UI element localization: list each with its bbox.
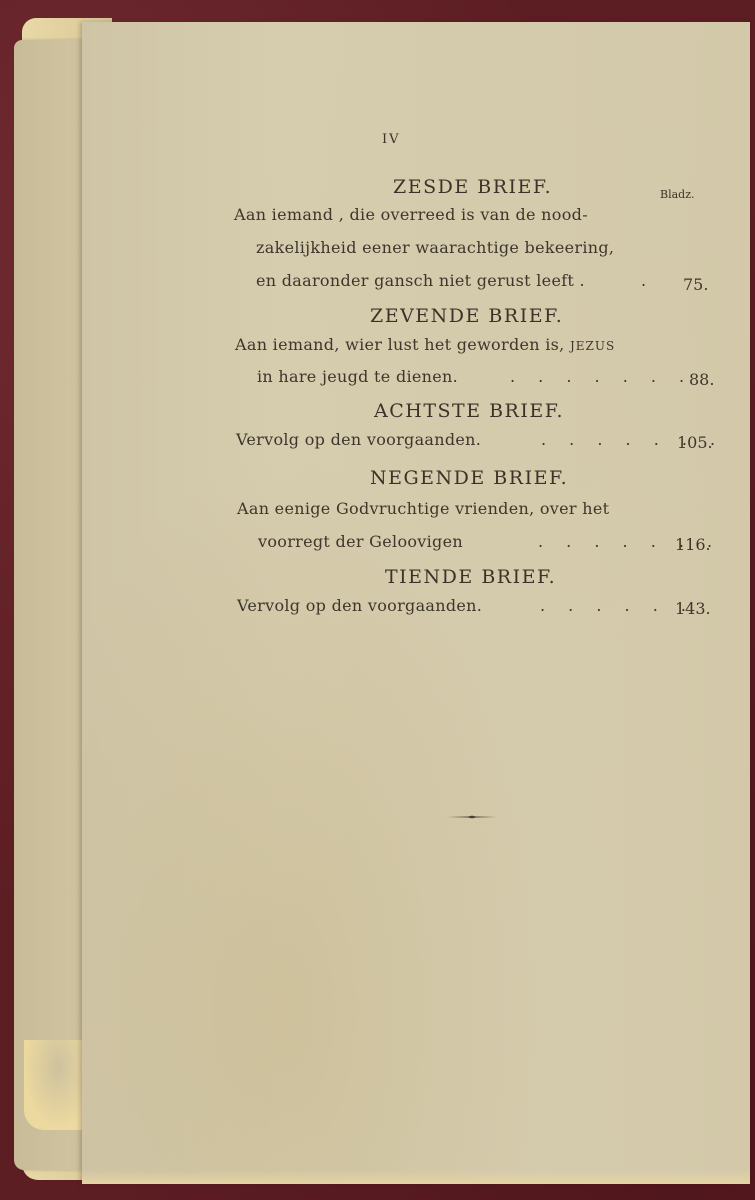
entry-7-line-1: Aan iemand, wier lust het geworden is, J… [235, 335, 615, 354]
column-label-bladz: Bladz. [660, 188, 695, 201]
entry-6-page: 75. [683, 275, 708, 294]
entry-10-leader: . . . . . . [540, 596, 695, 615]
page-bottom-edge [82, 1170, 750, 1184]
entry-6-leader: . [641, 271, 655, 290]
entry-heading-10: TIENDE BRIEF. [385, 566, 556, 588]
entry-heading-8: ACHTSTE BRIEF. [374, 400, 564, 422]
entry-6-line-3: en daaronder gansch niet gerust leeft . [256, 271, 585, 290]
entry-8-line-1: Vervolg op den voorgaanden. [236, 430, 481, 449]
tailpiece-ornament-icon [436, 815, 508, 819]
entry-6-line-1: Aan iemand , die overreed is van de nood… [234, 205, 588, 224]
entry-6-line-2: zakelijkheid eener waarachtige bekeering… [256, 238, 614, 257]
entry-9-line-1: Aan eenige Godvruchtige vrienden, over h… [237, 499, 609, 518]
entry-heading-7: ZEVENDE BRIEF. [370, 305, 563, 327]
entry-7-leader: . . . . . . . [510, 367, 693, 386]
entry-10-page: 143. [675, 599, 711, 618]
entry-9-page: 116. [675, 535, 711, 554]
entry-10-line-1: Vervolg op den voorgaanden. [237, 596, 482, 615]
entry-8-page: 105. [677, 433, 713, 452]
page-number: IV [382, 132, 401, 147]
emphasis-jezus: JEZUS [570, 339, 615, 353]
entry-heading-6: ZESDE BRIEF. [393, 176, 552, 198]
entry-heading-9: NEGENDE BRIEF. [370, 467, 568, 489]
entry-7-line-1-text: Aan iemand, wier lust het geworden is, [235, 335, 565, 354]
entry-7-line-2: in hare jeugd te dienen. [257, 367, 458, 386]
entry-7-page: 88. [689, 370, 714, 389]
entry-9-line-2: voorregt der Geloovigen [258, 532, 463, 551]
